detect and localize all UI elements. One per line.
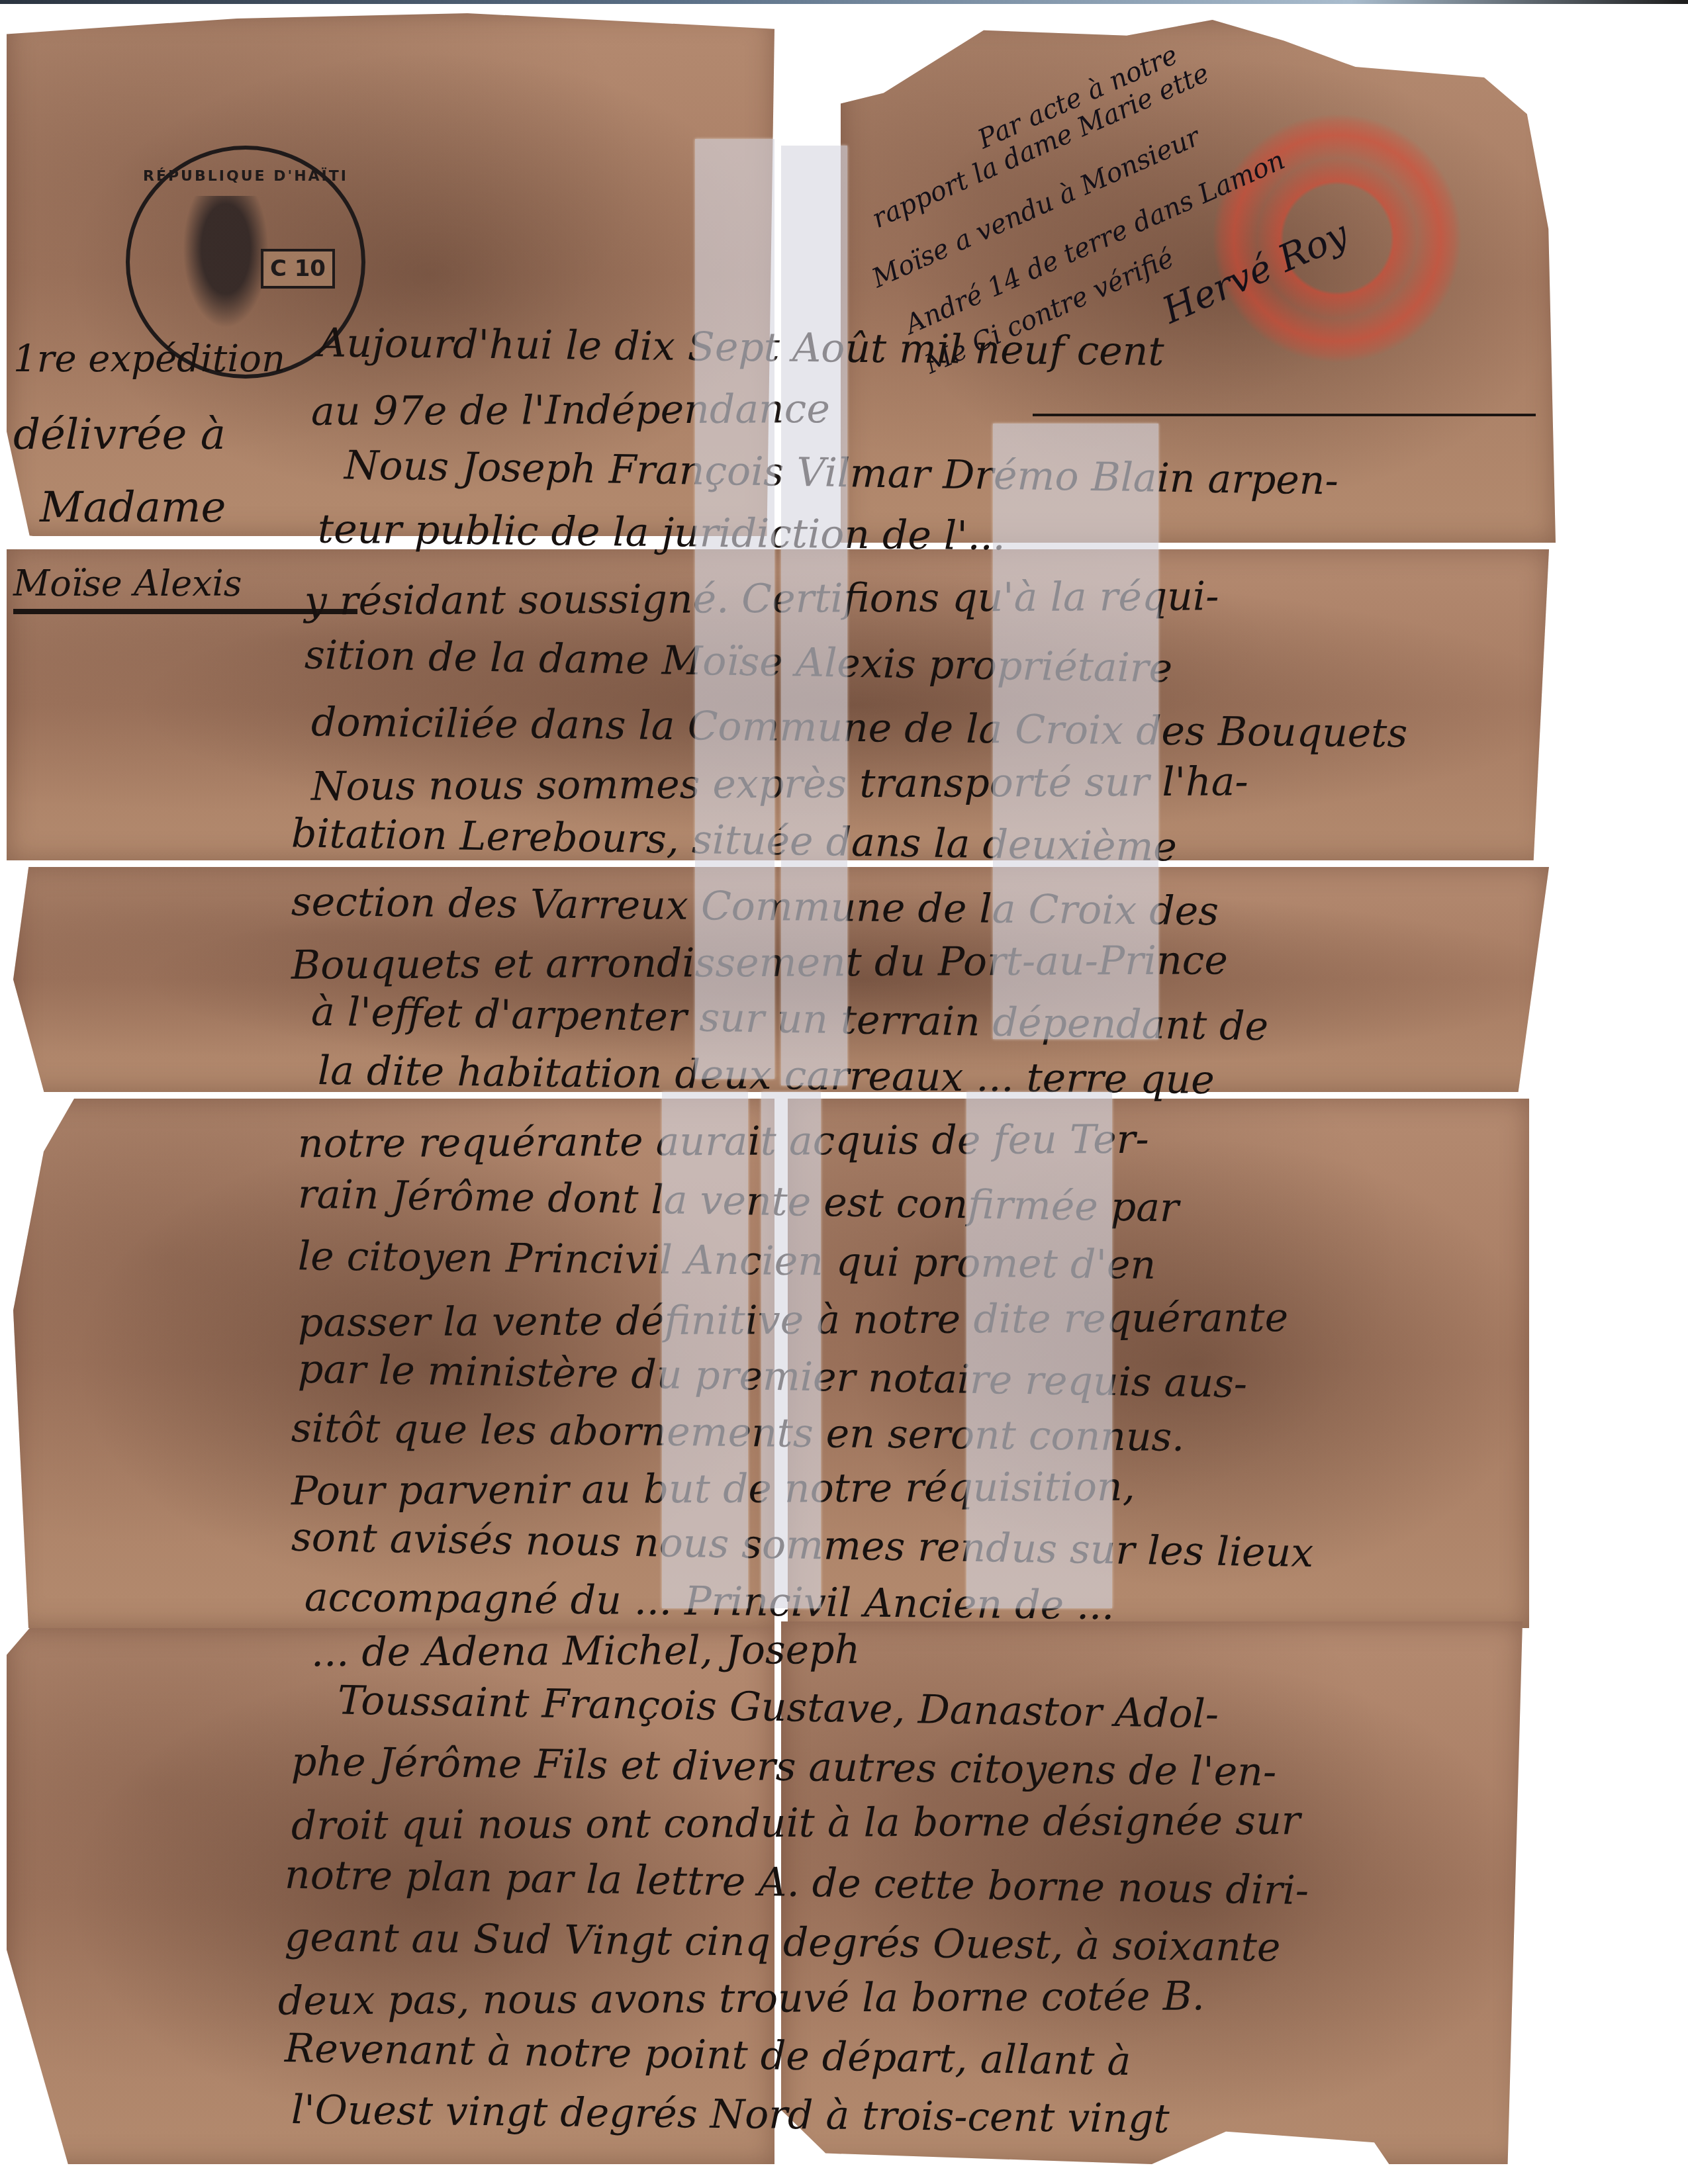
- margin-note-line: 1re expédition: [13, 338, 285, 381]
- tape-strip: [695, 139, 774, 1079]
- tape-strip: [781, 146, 847, 1085]
- tape-strip: [993, 424, 1158, 1039]
- scanner-edge: [0, 0, 1688, 4]
- margin-note-line: Moïse Alexis: [13, 563, 242, 604]
- body-line: l'Ouest vingt degrés Nord à trois-cent v…: [291, 2087, 1170, 2142]
- margin-note-line: délivrée à: [13, 410, 226, 459]
- body-line: deux pas, nous avons trouvé la borne cot…: [278, 1973, 1205, 2024]
- tape-strip: [966, 1092, 1112, 1608]
- tape-strip: [662, 1092, 748, 1608]
- tape-strip: [761, 1092, 821, 1608]
- body-line: droit qui nous ont conduit à la borne dé…: [291, 1797, 1301, 1849]
- date-line-rule: [1033, 414, 1536, 416]
- stamp-value: C 10: [261, 249, 335, 289]
- body-line: teur public de la juridiction de l'...: [318, 506, 1006, 560]
- stamp-arc-text: RÉPUBLIQUE D'HAÏTI: [130, 168, 361, 185]
- body-line: ... de Adena Michel, Joseph: [311, 1627, 861, 1676]
- stamp-allegory-figure: [183, 196, 269, 328]
- margin-note-line: Madame: [40, 483, 226, 532]
